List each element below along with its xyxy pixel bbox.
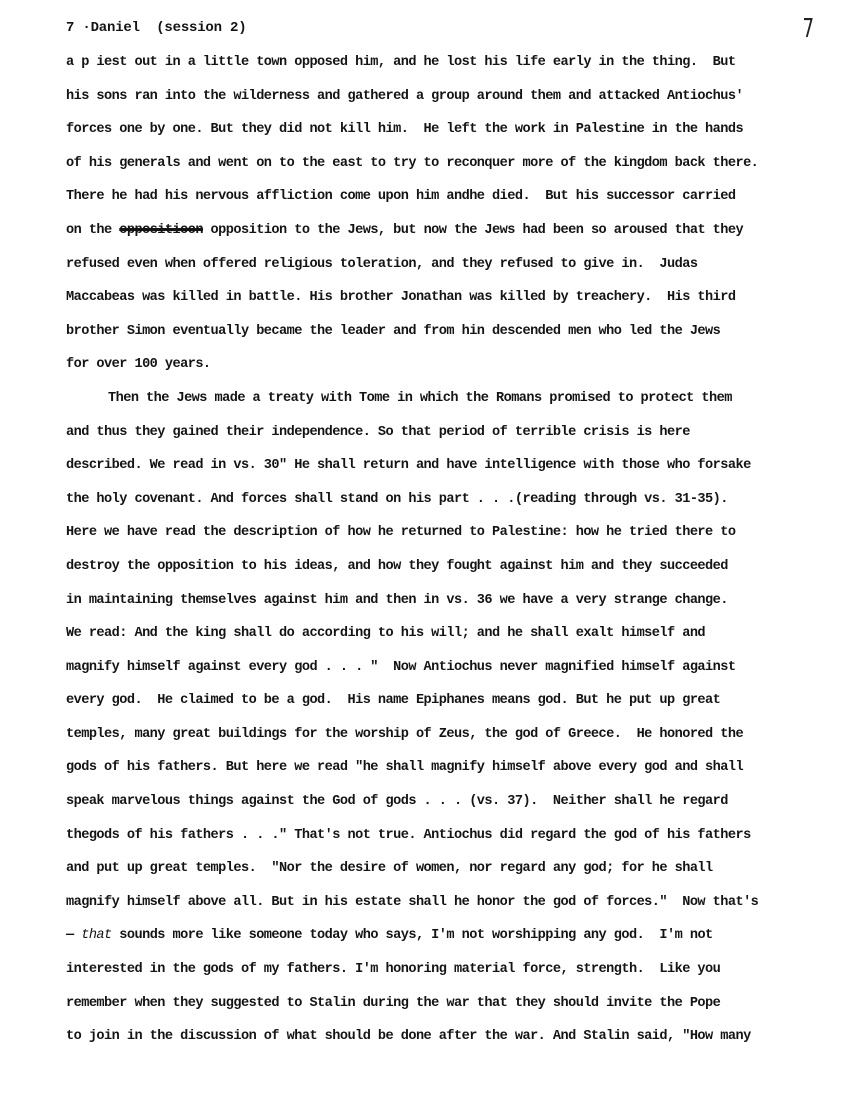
text-segment: sounds more like someone today who says,… (112, 928, 713, 943)
text-line: gods of his fathers. But here we read "h… (66, 757, 836, 791)
text-line: Here we have read the description of how… (66, 522, 836, 556)
text-line: of his generals and went on to the east … (66, 153, 836, 187)
text-line: destroy the opposition to his ideas, and… (66, 556, 836, 590)
struck-out-word: oppositioon (119, 223, 203, 238)
text-line: Maccabeas was killed in battle. His brot… (66, 287, 836, 321)
text-line: magnify himself above all. But in his es… (66, 892, 836, 926)
em-dash: — (66, 928, 74, 943)
text-line: thegods of his fathers . . ." That's not… (66, 825, 836, 859)
text-segment: opposition to the Jews, but now the Jews… (203, 223, 743, 238)
text-line: temples, many great buildings for the wo… (66, 724, 836, 758)
text-line: a p iest out in a little town opposed hi… (66, 52, 836, 86)
text-line: refused even when offered religious tole… (66, 254, 836, 288)
italic-word: that (74, 928, 112, 943)
text-line: and thus they gained their independence.… (66, 422, 836, 456)
text-line: every god. He claimed to be a god. His n… (66, 690, 836, 724)
text-line: brother Simon eventually became the lead… (66, 321, 836, 355)
text-line: described. We read in vs. 30" He shall r… (66, 455, 836, 489)
text-line: the holy covenant. And forces shall stan… (66, 489, 836, 523)
text-line: to join in the discussion of what should… (66, 1026, 836, 1060)
text-line: interested in the gods of my fathers. I'… (66, 959, 836, 993)
text-line: remember when they suggested to Stalin d… (66, 993, 836, 1027)
text-line: forces one by one. But they did not kill… (66, 119, 836, 153)
text-line: magnify himself against every god . . . … (66, 657, 836, 691)
text-line: in maintaining themselves against him an… (66, 590, 836, 624)
text-segment: on the (66, 223, 119, 238)
paragraph-start-line: Then the Jews made a treaty with Tome in… (66, 388, 836, 422)
document-page: 7 ·Daniel (session 2) 7 a p iest out in … (0, 0, 848, 1109)
text-line: We read: And the king shall do according… (66, 623, 836, 657)
page-header: 7 ·Daniel (session 2) (66, 20, 246, 36)
text-line: for over 100 years. (66, 354, 836, 388)
text-line-with-dash: — that sounds more like someone today wh… (66, 925, 836, 959)
handwritten-page-number: 7 (802, 14, 814, 44)
text-line: his sons ran into the wilderness and gat… (66, 86, 836, 120)
transcript-body: a p iest out in a little town opposed hi… (66, 52, 836, 1060)
text-line: and put up great temples. "Nor the desir… (66, 858, 836, 892)
text-line: There he had his nervous affliction come… (66, 186, 836, 220)
text-line: speak marvelous things against the God o… (66, 791, 836, 825)
text-line-with-strikethrough: on the oppositioon opposition to the Jew… (66, 220, 836, 254)
